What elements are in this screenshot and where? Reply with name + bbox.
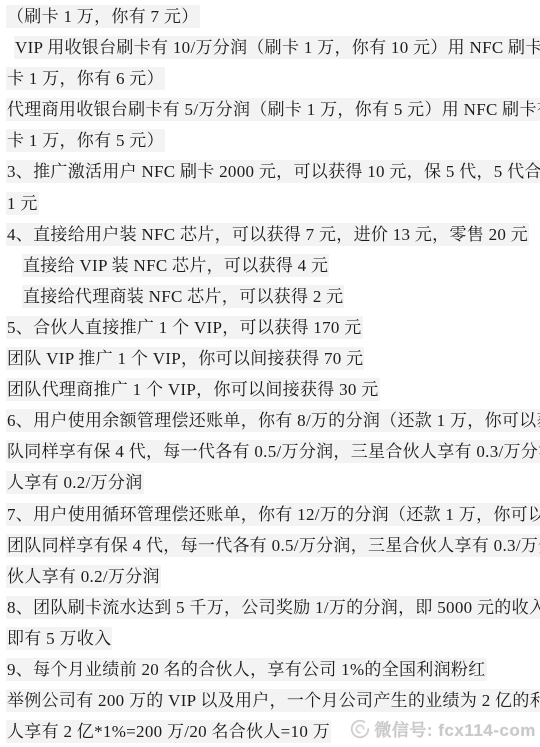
text-line-content: 团队代理商推广 1 个 VIP，你可以间接获得 30 元 (6, 378, 380, 401)
text-line: 直接给代理商装 NFC 芯片，可以获得 2 元 (0, 281, 540, 312)
text-line-content: 卡 1 万，你有 6 元） (6, 67, 165, 90)
text-line: 队同样享有保 4 代，每一代各有 0.5/万分润，三星合伙人享有 0.3/万分润… (0, 436, 540, 467)
text-line: VIP 用收银台刷卡有 10/万分润（刷卡 1 万，你有 10 元）用 NFC … (0, 32, 540, 63)
article-body: （刷卡 1 万，你有 7 元） VIP 用收银台刷卡有 10/万分润（刷卡 1 … (0, 0, 540, 747)
text-line-content: 团队 VIP 推广 1 个 VIP，你可以间接获得 70 元 (6, 347, 364, 370)
text-line: 9、每个月业绩前 20 名的合伙人，享有公司 1%的全国利润粉红 (0, 654, 540, 685)
text-line: 5、合伙人直接推广 1 个 VIP，可以获得 170 元 (0, 312, 540, 343)
text-line-content: 5、合伙人直接推广 1 个 VIP，可以获得 170 元 (6, 316, 363, 339)
swirl-logo-icon (349, 718, 371, 740)
text-line-content: 即有 5 万收入 (6, 627, 112, 650)
text-line: （刷卡 1 万，你有 7 元） (0, 1, 540, 32)
wechat-id-text: 微信号: fcx114-com (375, 716, 537, 741)
text-line: 代理商用收银台刷卡有 5/万分润（刷卡 1 万，你有 5 元）用 NFC 刷卡有… (0, 94, 540, 125)
text-line: 即有 5 万收入 (0, 623, 540, 654)
text-line-content: 4、直接给用户装 NFC 芯片，可以获得 7 元，进价 13 元，零售 20 元 (6, 223, 529, 246)
text-line: 4、直接给用户装 NFC 芯片，可以获得 7 元，进价 13 元，零售 20 元 (0, 219, 540, 250)
text-line: 团队 VIP 推广 1 个 VIP，你可以间接获得 70 元 (0, 343, 540, 374)
text-line-content: 队同样享有保 4 代，每一代各有 0.5/万分润，三星合伙人享有 0.3/万分润… (6, 440, 540, 463)
text-line-content: 团队同样享有保 4 代，每一代各有 0.5/万分润，三星合伙人享有 0.3/万分… (6, 534, 540, 557)
text-line: 6、用户使用余额管理偿还账单，你有 8/万的分润（还款 1 万，你可以获得 8 … (0, 405, 540, 436)
text-line-content: 直接给代理商装 NFC 芯片，可以获得 2 元 (22, 285, 344, 308)
text-line: 卡 1 万，你有 6 元） (0, 63, 540, 94)
text-line-content: 人享有 0.2/万分润 (6, 471, 144, 494)
text-line: 7、用户使用循环管理偿还账单，你有 12/万的分润（还款 1 万，你可以获得 1… (0, 499, 540, 530)
text-line: 人享有 0.2/万分润 (0, 467, 540, 498)
text-line: 1 元 (0, 188, 540, 219)
wechat-id-watermark: 微信号: fcx114-com (349, 716, 537, 741)
text-line-content: 伙人享有 0.2/万分润 (6, 565, 161, 588)
text-line: 3、推广激活用户 NFC 刷卡 2000 元，可以获得 10 元，保 5 代，5… (0, 156, 540, 187)
text-line: 团队代理商推广 1 个 VIP，你可以间接获得 30 元 (0, 374, 540, 405)
text-line: 举例公司有 200 万的 VIP 以及用户，一个月公司产生的业绩为 2 亿的利润… (0, 685, 540, 716)
text-line-content: 6、用户使用余额管理偿还账单，你有 8/万的分润（还款 1 万，你可以获得 8 … (6, 409, 540, 432)
text-line-content: 举例公司有 200 万的 VIP 以及用户，一个月公司产生的业绩为 2 亿的利润… (6, 689, 540, 712)
text-line-content: VIP 用收银台刷卡有 10/万分润（刷卡 1 万，你有 10 元）用 NFC … (14, 36, 540, 59)
text-line: 团队同样享有保 4 代，每一代各有 0.5/万分润，三星合伙人享有 0.3/万分… (0, 530, 540, 561)
text-line: 伙人享有 0.2/万分润 (0, 561, 540, 592)
text-line-content: 1 元 (6, 192, 39, 215)
text-line-content: 卡 1 万，你有 5 元） (6, 129, 165, 152)
text-line: 直接给 VIP 装 NFC 芯片，可以获得 4 元 (0, 250, 540, 281)
text-line: 8、团队刷卡流水达到 5 千万，公司奖励 1/万的分润，即 5000 元的收入，… (0, 592, 540, 623)
text-line-content: 7、用户使用循环管理偿还账单，你有 12/万的分润（还款 1 万，你可以获得 1… (6, 503, 540, 526)
text-line-content: 3、推广激活用户 NFC 刷卡 2000 元，可以获得 10 元，保 5 代，5… (6, 160, 540, 183)
text-line-content: 代理商用收银台刷卡有 5/万分润（刷卡 1 万，你有 5 元）用 NFC 刷卡有… (6, 98, 540, 121)
text-line-content: （刷卡 1 万，你有 7 元） (6, 5, 200, 28)
text-line-content: 9、每个月业绩前 20 名的合伙人，享有公司 1%的全国利润粉红 (6, 658, 487, 681)
text-line: 卡 1 万，你有 5 元） (0, 125, 540, 156)
text-line-content: 直接给 VIP 装 NFC 芯片，可以获得 4 元 (22, 254, 329, 277)
text-line-content: 8、团队刷卡流水达到 5 千万，公司奖励 1/万的分润，即 5000 元的收入，… (6, 596, 540, 619)
text-line-content: 人享有 2 亿*1%=200 万/20 名合伙人=10 万 (6, 720, 331, 743)
